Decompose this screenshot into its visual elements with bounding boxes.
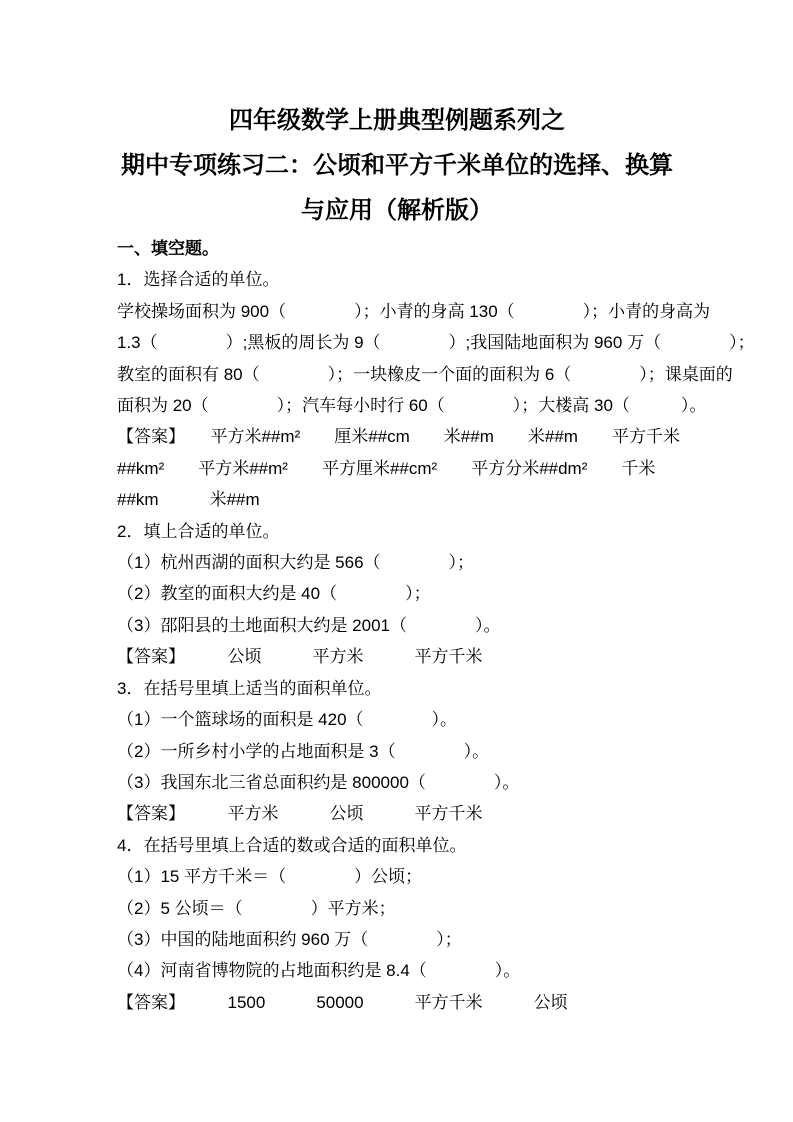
worksheet-page: 四年级数学上册典型例题系列之 期中专项练习二：公顷和平方千米单位的选择、换算 与… [0,0,793,1122]
doc-title-line-2: 期中专项练习二：公顷和平方千米单位的选择、换算 [117,143,677,188]
question-2-heading: 2．填上合适的单位。 [117,516,793,547]
q4-item-4: （4）河南省博物院的占地面积约是 8.4（ ）。 [117,955,793,986]
doc-title-line-3: 与应用（解析版） [117,188,677,233]
q2-item-1: （1）杭州西湖的面积大约是 566（ ）； [117,547,793,578]
question-1-heading: 1．选择合适的单位。 [117,264,793,295]
q4-item-3: （3）中国的陆地面积约 960 万（ ）； [117,924,793,955]
q1-body-line-4: 面积为 20（ ）；汽车每小时行 60（ ）；大楼高 30（ ）。 [117,390,793,421]
question-4-heading: 4．在括号里填上合适的数或合适的面积单位。 [117,830,793,861]
section-1-heading: 一、填空题。 [117,233,793,264]
q1-body-line-2: 1.3（ ）;黑板的周长为 9（ ）;我国陆地面积为 960 万（ ）； [117,327,793,358]
doc-title: 四年级数学上册典型例题系列之 期中专项练习二：公顷和平方千米单位的选择、换算 与… [117,98,677,233]
q1-answer-line-2: ##km² 平方米##m² 平方厘米##cm² 平方分米##dm² 千米 [117,453,793,484]
q3-item-3: （3）我国东北三省总面积约是 800000（ ）。 [117,767,793,798]
q3-item-1: （1）一个篮球场的面积是 420（ ）。 [117,704,793,735]
q1-answer-line-3: ##km 米##m [117,484,793,515]
question-3-heading: 3．在括号里填上适当的面积单位。 [117,673,793,704]
q1-body-line-1: 学校操场面积为 900（ ）；小青的身高 130（ ）；小青的身高为 [117,296,793,327]
q3-answer-line: 【答案】 平方米 公顷 平方千米 [117,798,793,829]
q1-answer-line-1: 【答案】 平方米##m² 厘米##cm 米##m 米##m 平方千米 [117,421,793,452]
q2-item-3: （3）邵阳县的土地面积大约是 2001（ ）。 [117,610,793,641]
q3-item-2: （2）一所乡村小学的占地面积是 3（ ）。 [117,736,793,767]
q1-body-line-3: 教室的面积有 80（ ）；一块橡皮一个面的面积为 6（ ）；课桌面的 [117,359,793,390]
q2-answer-line: 【答案】 公顷 平方米 平方千米 [117,641,793,672]
q4-item-1: （1）15 平方千米＝（ ）公顷； [117,861,793,892]
q4-answer-line: 【答案】 1500 50000 平方千米 公顷 [117,987,793,1018]
q2-item-2: （2）教室的面积大约是 40（ ）； [117,578,793,609]
doc-title-line-1: 四年级数学上册典型例题系列之 [117,98,677,143]
q4-item-2: （2）5 公顷＝（ ）平方米； [117,893,793,924]
